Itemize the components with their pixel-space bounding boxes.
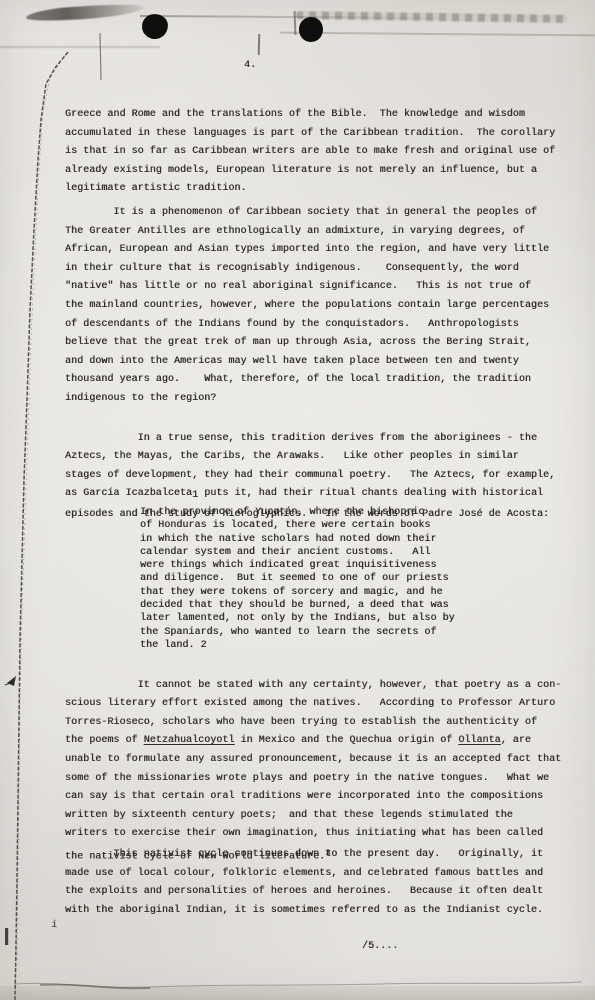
underlined-title-ollanta: Ollanta bbox=[458, 735, 500, 746]
scan-bottom-shadow bbox=[0, 986, 595, 1000]
page-continuation-mark: /5.... bbox=[362, 938, 398, 957]
scan-smudge-top-left bbox=[26, 2, 145, 23]
page-number: 4. bbox=[244, 57, 256, 76]
scan-smudge-top-right bbox=[296, 11, 568, 23]
stray-type-mark: i bbox=[50, 917, 57, 936]
scanned-typescript-page: 4. Greece and Rome and the translations … bbox=[0, 0, 595, 1000]
scan-streak-line-3 bbox=[0, 46, 160, 48]
underlined-title-netzahualcoyotl: Netzahualcoyotl bbox=[144, 735, 235, 746]
body-paragraph-2: It is a phenomenon of Caribbean society … bbox=[65, 204, 549, 409]
scan-tick-mark-2 bbox=[294, 11, 296, 35]
scan-streak-line bbox=[140, 15, 440, 19]
scan-streak-line-2 bbox=[280, 32, 595, 36]
paragraph-4-text-cont: in Mexico and the Quechua origin of bbox=[234, 735, 458, 746]
scan-tick-mark bbox=[258, 34, 260, 55]
paragraph-4-text-end: , are unable to formulate any assured pr… bbox=[65, 735, 561, 862]
punch-hole-right bbox=[298, 16, 324, 43]
punch-hole-left bbox=[141, 13, 170, 41]
body-paragraph-1: Greece and Rome and the translations of … bbox=[65, 106, 555, 199]
block-quote-acosta: In the province of Yucatán, where the bi… bbox=[140, 506, 455, 652]
body-paragraph-5: This nativist cycle continues down to th… bbox=[65, 846, 543, 920]
